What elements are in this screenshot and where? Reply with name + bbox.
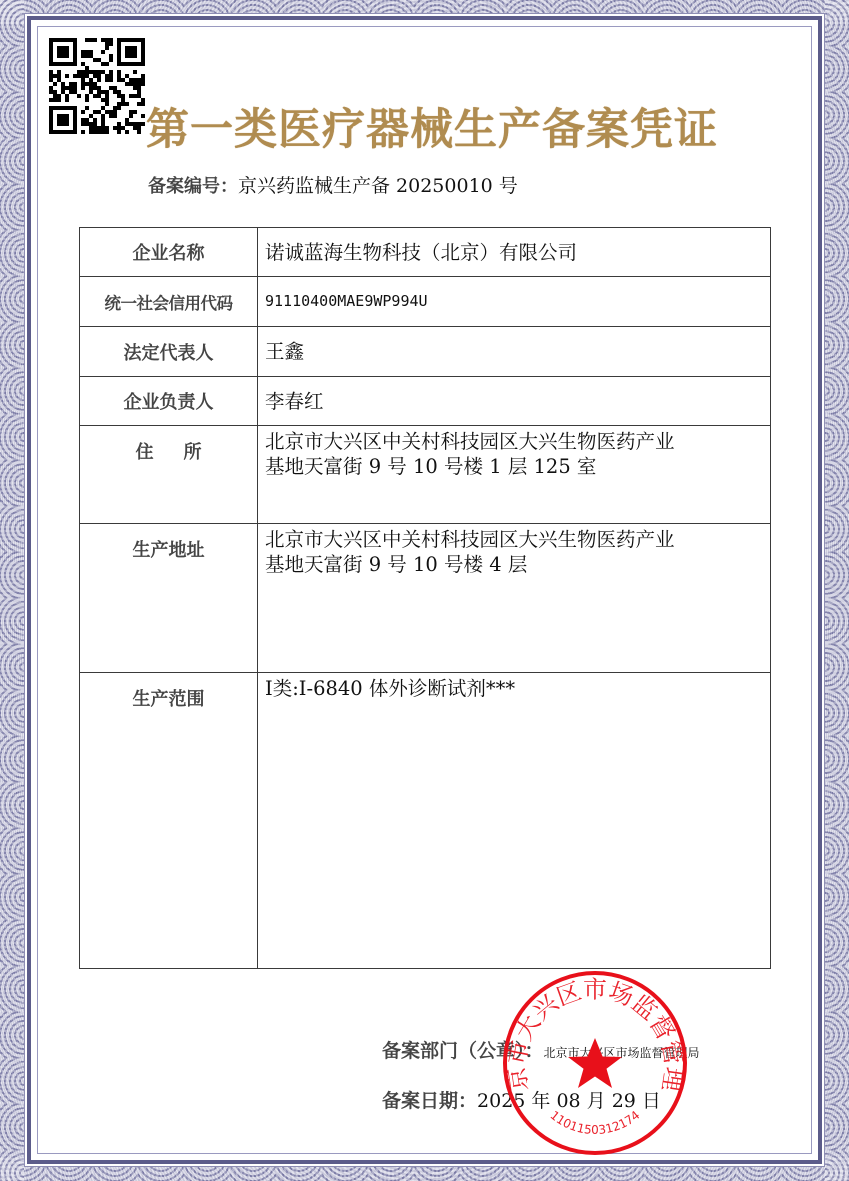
residence-value: 北京市大兴区中关村科技园区大兴生物医药产业 基地天富街 9 号 10 号楼 1 …	[258, 426, 771, 524]
production-address-line-2: 基地天富街 9 号 10 号楼 4 层	[265, 552, 770, 577]
filing-department: 备案部门（公章）：北京市大兴区市场监督管理局	[382, 1036, 700, 1066]
info-table: 企业名称 诺诚蓝海生物科技（北京）有限公司 统一社会信用代码 91110400M…	[79, 227, 771, 969]
field-label: 生产范围	[80, 673, 258, 969]
field-label: 企业名称	[80, 228, 258, 277]
field-label: 法定代表人	[80, 327, 258, 377]
department-label: 备案部门（公章）：	[382, 1040, 544, 1062]
department-value: 北京市大兴区市场监督管理局	[544, 1046, 700, 1060]
table-row-legal-rep: 法定代表人 王鑫	[80, 327, 771, 377]
company-name-value: 诺诚蓝海生物科技（北京）有限公司	[258, 228, 771, 277]
field-label: 生产地址	[80, 524, 258, 673]
residence-line-1: 北京市大兴区中关村科技园区大兴生物医药产业	[265, 429, 770, 454]
production-address-value: 北京市大兴区中关村科技园区大兴生物医药产业 基地天富街 9 号 10 号楼 4 …	[258, 524, 771, 673]
residence-line-2: 基地天富街 9 号 10 号楼 1 层 125 室	[265, 454, 770, 479]
table-row-production-address: 生产地址 北京市大兴区中关村科技园区大兴生物医药产业 基地天富街 9 号 10 …	[80, 524, 771, 673]
person-in-charge-value: 李春红	[258, 377, 771, 426]
field-label: 统一社会信用代码	[80, 277, 258, 327]
field-label: 住所	[80, 426, 258, 524]
certificate-title: 第一类医疗器械生产备案凭证	[146, 102, 726, 158]
table-row-production-scope: 生产范围 I类:I-6840 体外诊断试剂***	[80, 673, 771, 969]
legal-rep-value: 王鑫	[258, 327, 771, 377]
table-row-company-name: 企业名称 诺诚蓝海生物科技（北京）有限公司	[80, 228, 771, 277]
credit-code-value: 91110400MAE9WP994U	[258, 277, 771, 327]
date-value: 2025 年 08 月 29 日	[477, 1090, 661, 1112]
production-scope-value: I类:I-6840 体外诊断试剂***	[258, 673, 771, 969]
record-number-label: 备案编号：	[148, 176, 238, 197]
production-address-line-1: 北京市大兴区中关村科技园区大兴生物医药产业	[265, 527, 770, 552]
qr-code-icon[interactable]	[49, 38, 145, 134]
field-label: 企业负责人	[80, 377, 258, 426]
table-row-residence: 住所 北京市大兴区中关村科技园区大兴生物医药产业 基地天富街 9 号 10 号楼…	[80, 426, 771, 524]
record-number-value: 京兴药监械生产备 20250010 号	[238, 175, 518, 197]
filing-date: 备案日期：2025 年 08 月 29 日	[382, 1086, 661, 1116]
table-row-person-in-charge: 企业负责人 李春红	[80, 377, 771, 426]
record-number: 备案编号：京兴药监械生产备 20250010 号	[148, 172, 518, 200]
date-label: 备案日期：	[382, 1090, 477, 1112]
table-row-credit-code: 统一社会信用代码 91110400MAE9WP994U	[80, 277, 771, 327]
